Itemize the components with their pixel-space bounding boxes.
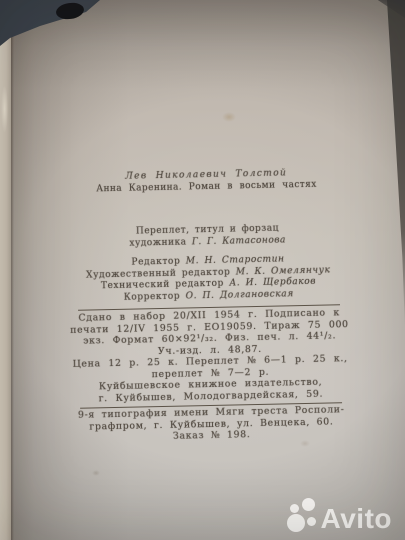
- book-page-photo: Лев Николаевич Толстой Анна Каренина. Ро…: [0, 0, 405, 540]
- editor-name: О. П. Долгановская: [186, 289, 294, 301]
- page-crease: [11, 0, 14, 540]
- avito-watermark-text: Avito: [321, 505, 392, 533]
- avito-logo-icon: [287, 498, 317, 532]
- page-stack-edge: [383, 0, 405, 330]
- underlying-page-edge: [0, 0, 11, 540]
- avito-watermark: Avito: [287, 498, 392, 532]
- editor-name: М. К. Омелянчук: [236, 265, 331, 277]
- editor-name: М. Н. Старостин: [186, 254, 285, 266]
- paper-stain: [300, 440, 310, 447]
- imprint-block: Сдано в набор 20/XII 1954 г. Подписано к…: [68, 307, 352, 405]
- artist-name: Г. Г. Катасонова: [192, 235, 286, 247]
- editors-list: Редактор М. Н. Старостин Художественный …: [67, 253, 350, 305]
- artist-credit: Переплет, титул и форзац художника Г. Г.…: [66, 222, 348, 251]
- paper-stain: [222, 112, 236, 122]
- colophon-text-block: Лев Николаевич Толстой Анна Каренина. Ро…: [65, 167, 353, 444]
- editor-name: А. И. Щербаков: [229, 277, 316, 289]
- paper-stain: [92, 470, 100, 476]
- page-edge-highlight: [1, 86, 8, 132]
- printer-block: 9-я типография имени Мяги треста Росполи…: [70, 404, 353, 444]
